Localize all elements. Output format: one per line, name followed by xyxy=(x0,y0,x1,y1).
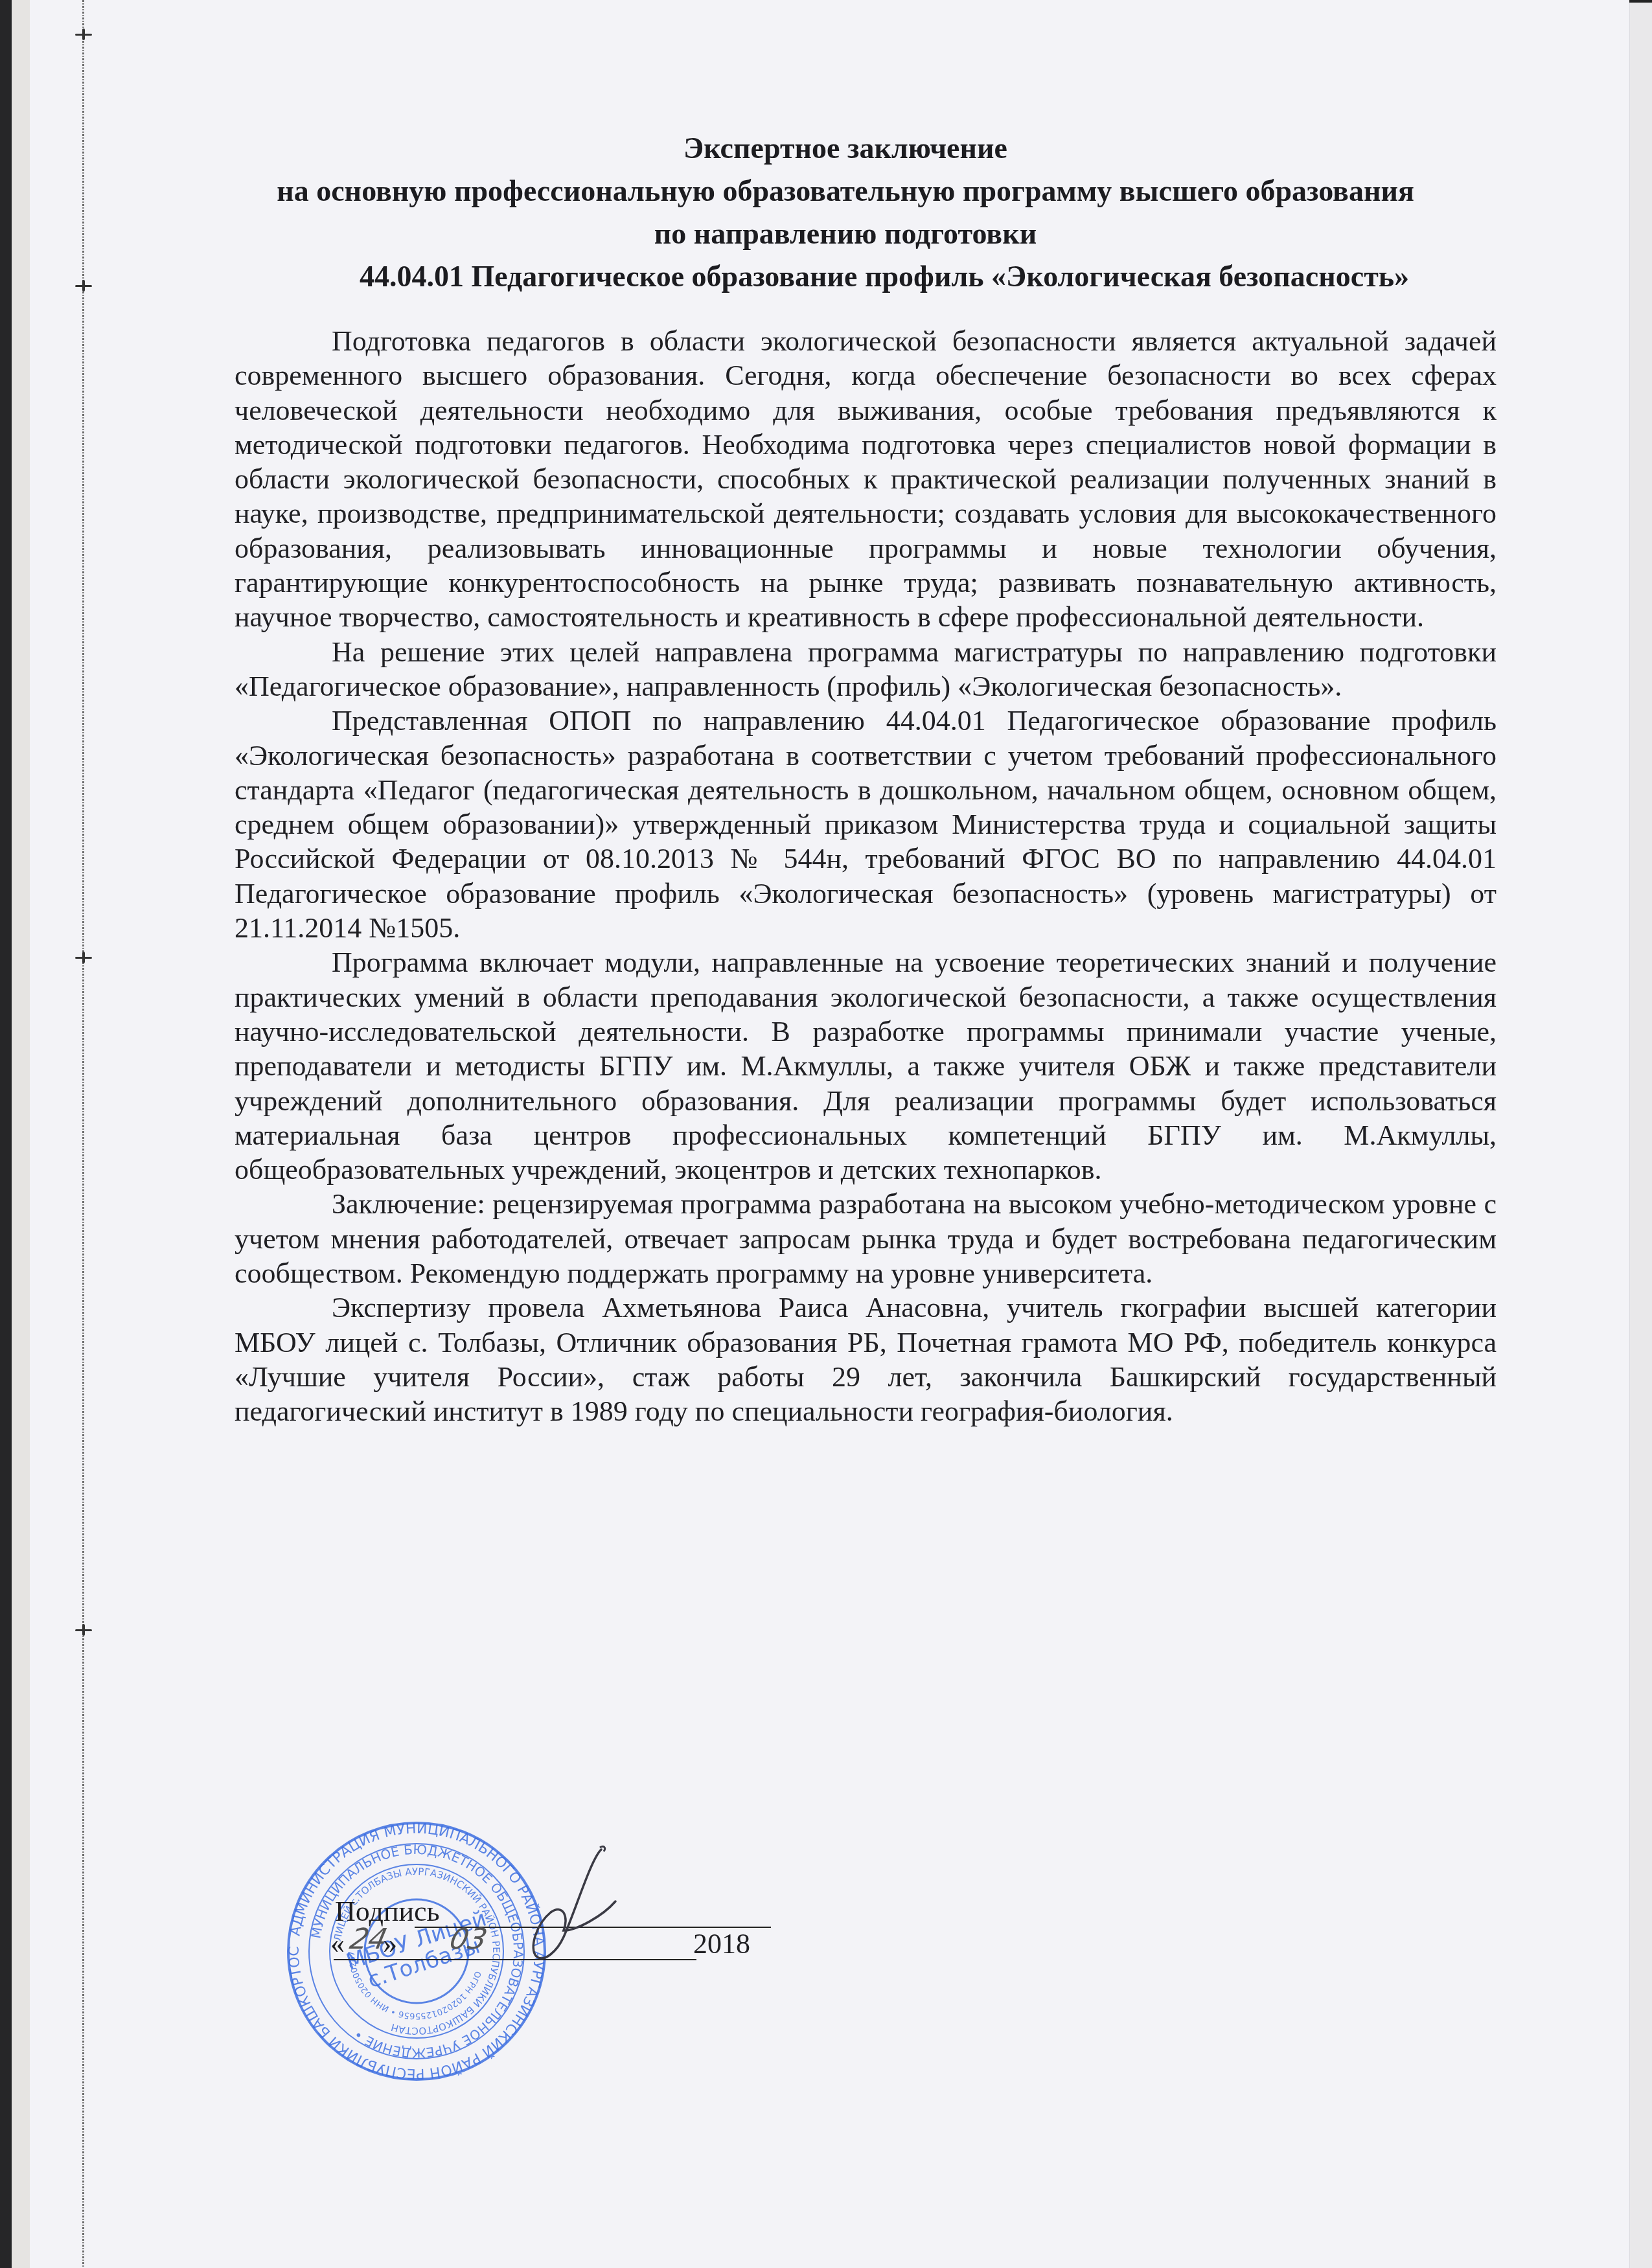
binding-margin-line xyxy=(82,0,84,2268)
handwritten-signature-icon xyxy=(453,1840,622,1969)
title-line: по направлению подготовки xyxy=(194,212,1497,255)
registration-cross-mark xyxy=(75,956,92,959)
paragraph-conclusion: Заключение: рецензируемая программа разр… xyxy=(235,1187,1497,1290)
scan-edge-right-top xyxy=(1629,0,1652,3)
registration-cross-mark xyxy=(75,32,92,36)
scan-edge-band xyxy=(12,0,30,2268)
date-year: 2018 xyxy=(693,1927,750,1960)
scan-edge-dark xyxy=(0,0,12,2268)
paragraph-program-goal: На решение этих целей направлена програм… xyxy=(235,635,1497,704)
date-open-quote: « xyxy=(330,1927,345,1960)
document-body: Подготовка педагогов в области экологиче… xyxy=(235,324,1497,1429)
title-line: на основную профессиональную образовател… xyxy=(194,170,1497,212)
paragraph-relevance: Подготовка педагогов в области экологиче… xyxy=(235,324,1497,635)
paragraph-modules: Программа включает модули, направленные … xyxy=(235,945,1497,1187)
document-title: Экспертное заключение на основную профес… xyxy=(194,127,1497,298)
date-close-quote: » xyxy=(383,1927,397,1960)
title-line: Экспертное заключение xyxy=(194,127,1497,170)
title-line: 44.04.01 Педагогическое образование проф… xyxy=(194,255,1497,298)
scan-edge-right xyxy=(1629,0,1652,2268)
paragraph-standards: Представленная ОПОП по направлению 44.04… xyxy=(235,704,1497,945)
paragraph-expert: Экспертизу провела Ахметьянова Раиса Ана… xyxy=(235,1290,1497,1428)
registration-cross-mark xyxy=(75,284,92,288)
registration-cross-mark xyxy=(75,1628,92,1632)
